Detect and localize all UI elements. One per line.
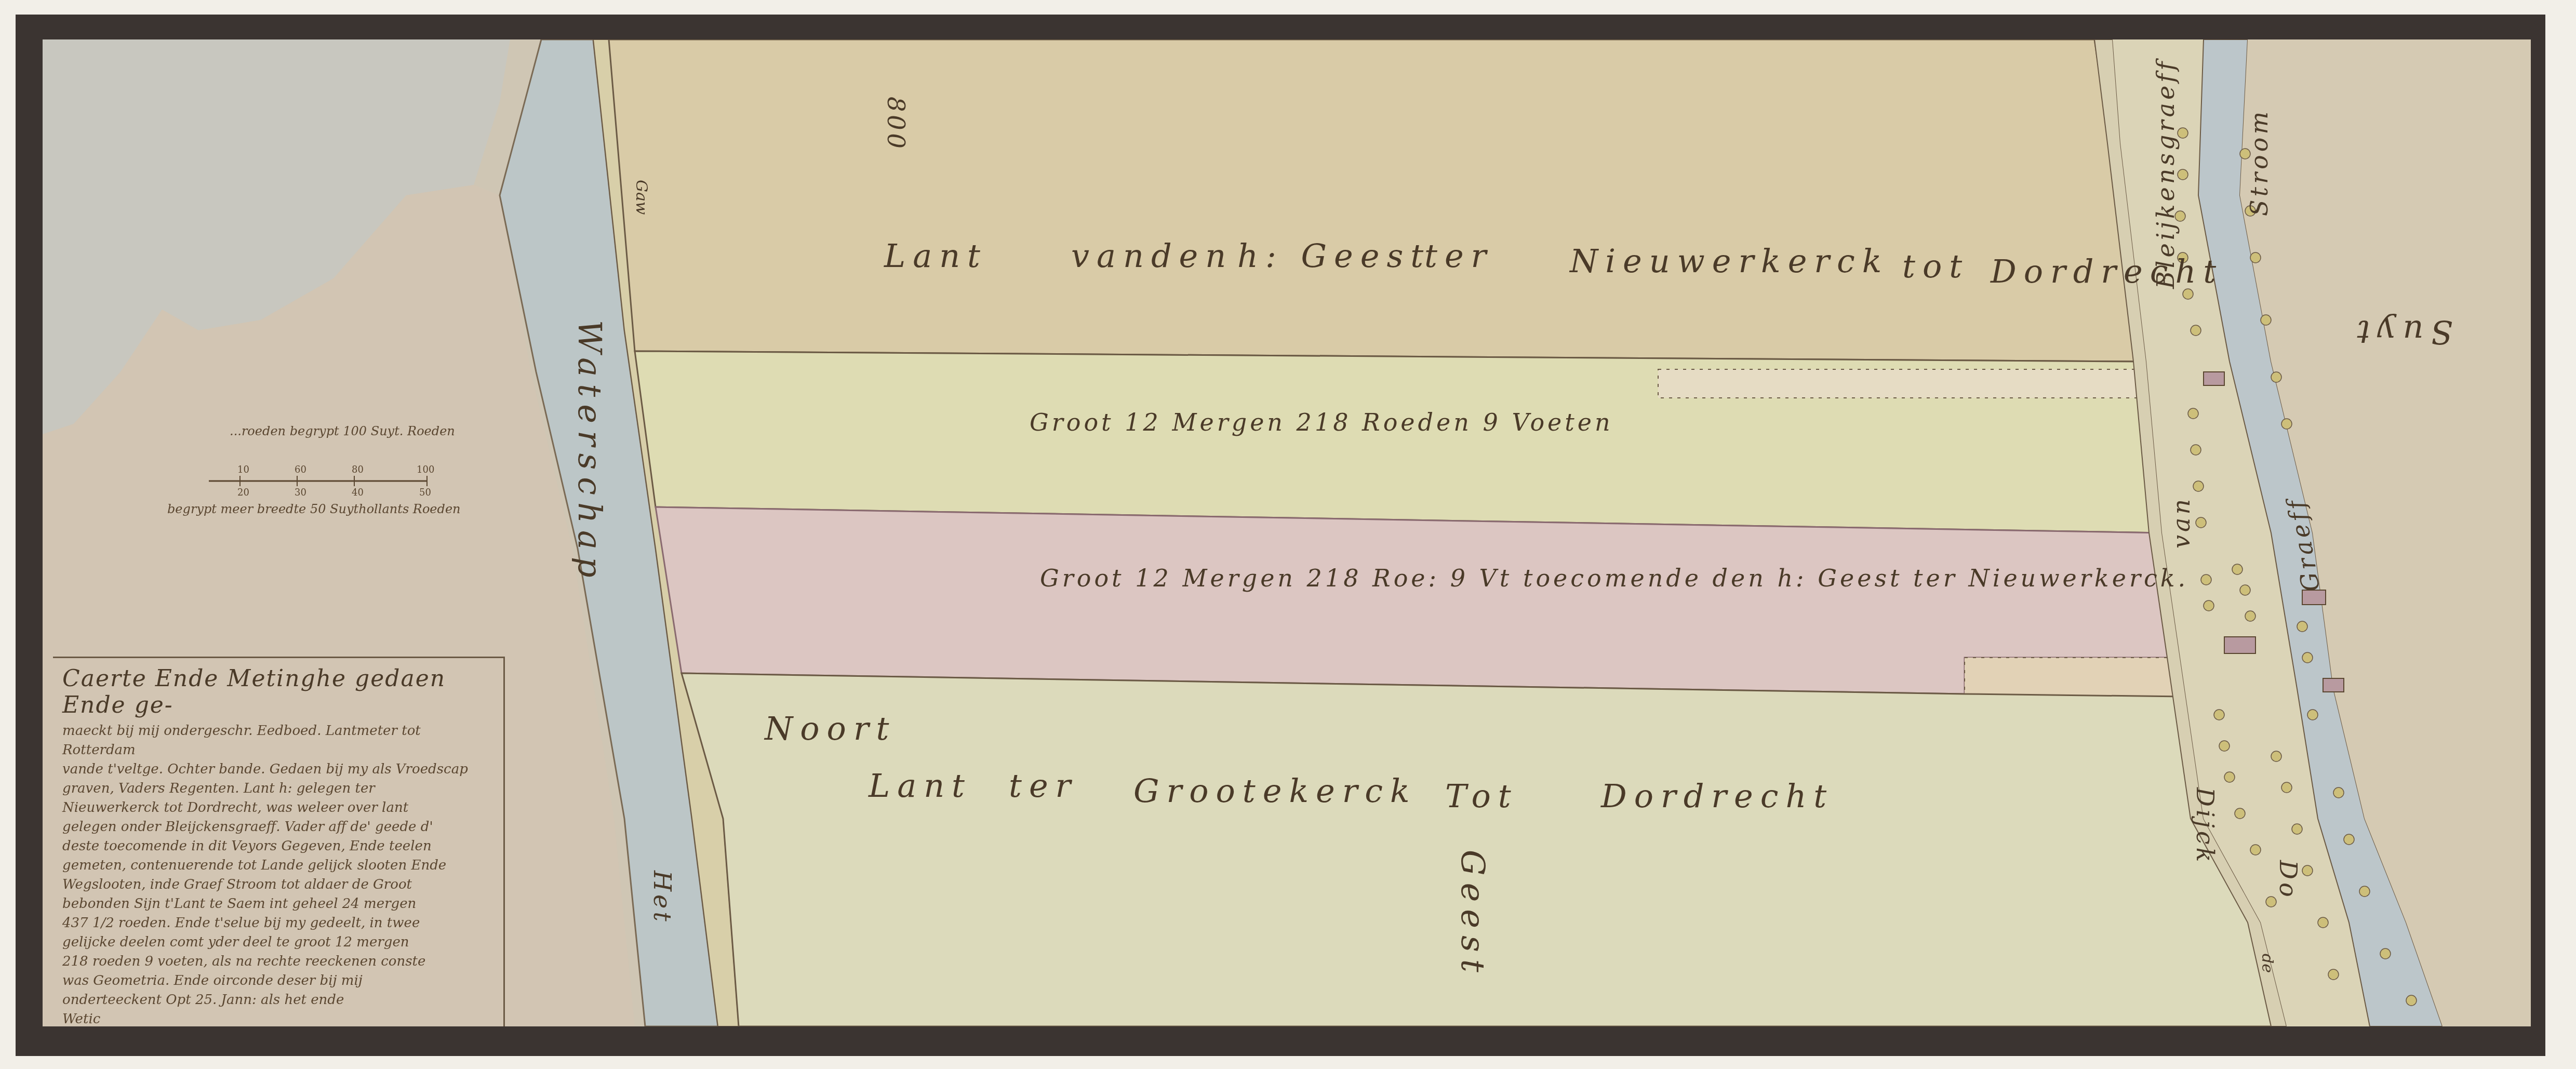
- bottom-parcel-word: ter: [1009, 767, 1078, 805]
- cartouche-line: Wegslooten, inde Graef Stroom tot aldaer…: [62, 875, 494, 894]
- cartouche-body: maeckt bij mij ondergeschr. Eedboed. Lan…: [62, 721, 494, 1026]
- noort-label: Noort: [765, 710, 896, 747]
- scale-tick-bottom-3: 40: [352, 487, 364, 498]
- scale-line: [198, 465, 437, 497]
- de-label: de: [2258, 954, 2276, 973]
- cartouche-line: Wetic: [62, 1010, 494, 1026]
- scale-tick-top-1: 60: [295, 464, 306, 475]
- do-label: Do: [2274, 860, 2302, 900]
- waterschap-label: Waterschap: [571, 320, 609, 585]
- bleijkensgraeff-label: Bleijkensgraeff: [2152, 59, 2180, 289]
- cartouche-line: gelijcke deelen comt yder deel te groot …: [62, 933, 494, 952]
- top-parcel-word: ter: [1424, 237, 1493, 275]
- dijck-label: Dijck: [2191, 787, 2219, 865]
- parcel-green-1-inset: [1658, 369, 2141, 398]
- cartouche-line: graven, Vaders Regenten. Lant h: gelegen…: [62, 779, 494, 798]
- canal-sub-top-label: Gaw: [632, 180, 650, 215]
- stroom-label: Stroom: [2245, 109, 2273, 216]
- top-parcel-word: Dordrecht: [1991, 252, 2223, 290]
- parcel-tan-small: [1965, 658, 2183, 697]
- cartouche-title: Caerte Ende Metinghe gedaen Ende ge-: [62, 665, 494, 718]
- scale-bar: ...roeden begrypt 100 Suyt. Roeden 10 60…: [198, 424, 437, 528]
- scale-tick-top-3: 100: [417, 464, 434, 475]
- cartouche-line: onderteeckent Opt 25. Jann: als het ende: [62, 991, 494, 1010]
- top-parcel-word: h: Geest: [1237, 237, 1431, 275]
- scale-tick-top-0: 10: [237, 464, 249, 475]
- parcel-number: 800: [882, 97, 910, 152]
- cartouche: Caerte Ende Metinghe gedaen Ende ge- mae…: [53, 657, 505, 1026]
- bottom-parcel-word: Grootekerck: [1133, 772, 1417, 810]
- top-parcel-word: vanden: [1071, 237, 1233, 275]
- parcel-top: [609, 39, 2136, 362]
- scale-tick-bottom-1: 20: [237, 487, 249, 498]
- canal-sub-bottom-label: Het: [648, 871, 676, 925]
- scale-tick-top-2: 80: [352, 464, 364, 475]
- suyt-label: Suyt: [2350, 313, 2453, 351]
- parcel-pink-area-label: Groot 12 Mergen 218 Roe: 9 Vt toecomende…: [1040, 564, 2188, 592]
- bottom-parcel-word: Tot: [1445, 777, 1518, 815]
- cartouche-line: 218 roeden 9 voeten, als na rechte reeck…: [62, 952, 494, 971]
- top-parcel-word: Nieuwerkerck: [1570, 242, 1889, 280]
- cartouche-line: was Geometria. Ende oirconde deser bij m…: [62, 971, 494, 991]
- cartouche-line: deste toecomende in dit Veyors Gegeven, …: [62, 837, 494, 856]
- cartouche-line: gemeten, contenuerende tot Lande gelijck…: [62, 856, 494, 875]
- cartouche-line: maeckt bij mij ondergeschr. Eedboed. Lan…: [62, 721, 494, 760]
- scale-bottom-text: begrypt meer breedte 50 Suythollants Roe…: [167, 502, 461, 516]
- cartouche-line: gelegen onder Bleijckensgraeff. Vader af…: [62, 818, 494, 837]
- top-parcel-word: tot: [1902, 247, 1969, 285]
- cartouche-line: Nieuwerkerck tot Dordrecht, was weleer o…: [62, 798, 494, 818]
- parcel-pink: [656, 507, 2178, 694]
- van-label: van: [2167, 496, 2195, 549]
- cartouche-line: 437 1/2 roeden. Ende t'selue bij my gede…: [62, 914, 494, 933]
- cartouche-line: vande t'veltge. Ochter bande. Gedaen bij…: [62, 760, 494, 779]
- scale-tick-bottom-2: 30: [295, 487, 306, 498]
- bottom-parcel-word: Lant: [869, 767, 972, 805]
- parcel-green-area-label: Groot 12 Mergen 218 Roeden 9 Voeten: [1030, 408, 1613, 436]
- scale-top-text: ...roeden begrypt 100 Suyt. Roeden: [230, 424, 455, 438]
- map-sheet: ...roeden begrypt 100 Suyt. Roeden 10 60…: [43, 39, 2531, 1026]
- top-parcel-word: Lant: [884, 237, 987, 275]
- geest-vertical-label: Geest: [1454, 850, 1492, 980]
- scale-tick-bottom-4: 50: [419, 487, 431, 498]
- cartouche-line: bebonden Sijn t'Lant te Saem int geheel …: [62, 894, 494, 914]
- bottom-parcel-word: Dordrecht: [1601, 777, 1834, 815]
